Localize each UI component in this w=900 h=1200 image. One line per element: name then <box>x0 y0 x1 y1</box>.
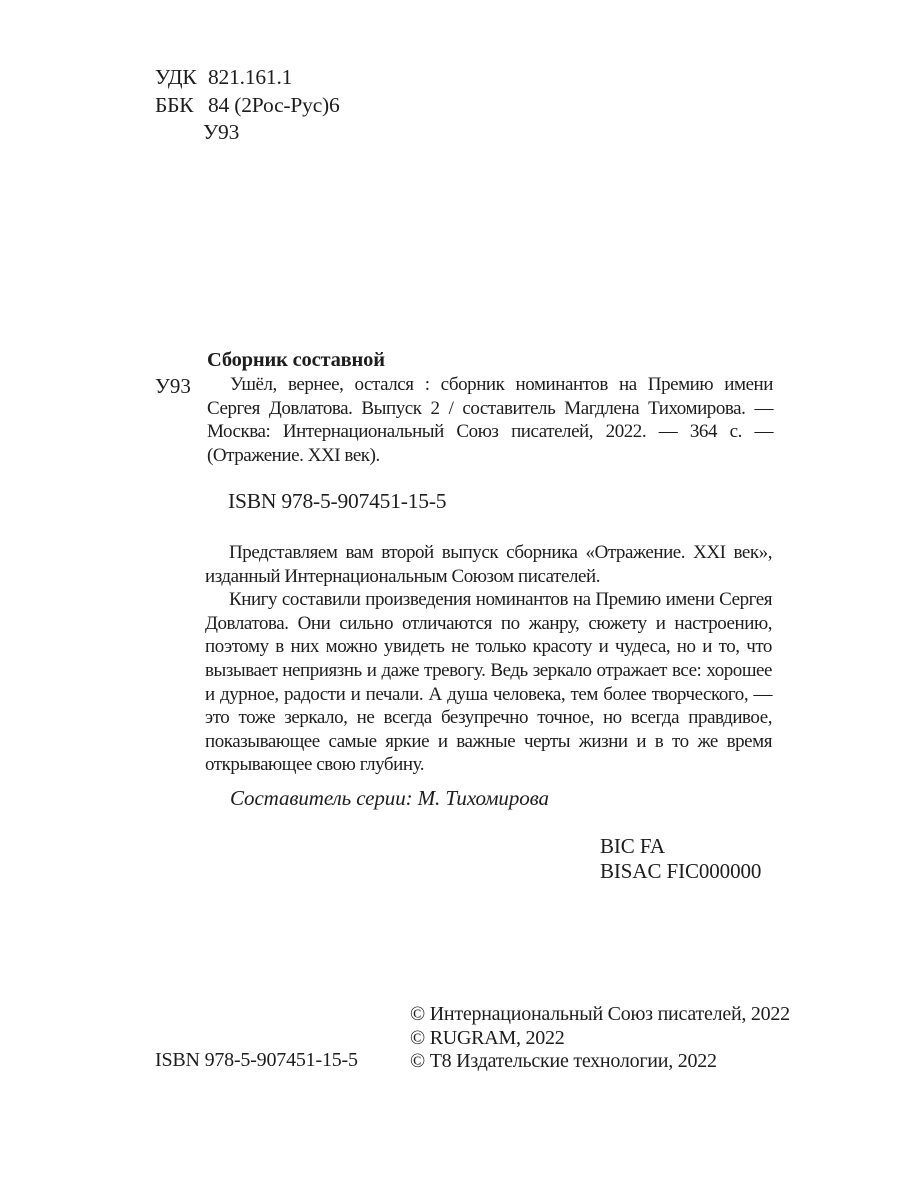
bbk-label: ББК <box>155 92 208 120</box>
bisac-code-line: BISAC FIC000000 <box>600 859 761 884</box>
catalog-card: Сборник составной У93 Ушёл, вернее, оста… <box>155 348 773 468</box>
imprint-isbn-line: ISBN 978-5-907451-15-5 <box>155 1049 358 1072</box>
bbk-value: 84 (2Рос-Рус)6 <box>208 93 340 117</box>
copyright-line-publisher: © Интернациональный Союз писателей, 2022 <box>410 1003 790 1027</box>
subject-codes-block: BIC FA BISAC FIC000000 <box>600 834 761 884</box>
isbn-line: ISBN 978-5-907451-15-5 <box>228 489 446 514</box>
bbk-line: ББК84 (2Рос-Рус)6 <box>155 92 340 120</box>
book-imprint-page: УДК821.161.1 ББК84 (2Рос-Рус)6 У93 Сборн… <box>0 0 900 1200</box>
udk-label: УДК <box>155 64 208 92</box>
annotation-paragraph-1: Представляем вам второй выпуск сборника … <box>205 541 772 588</box>
author-sign: У93 <box>155 120 239 144</box>
udk-line: УДК821.161.1 <box>155 64 340 92</box>
copyright-line-rugram: © RUGRAM, 2022 <box>410 1027 790 1051</box>
udk-value: 821.161.1 <box>208 65 292 89</box>
series-editor-line: Составитель серии: М. Тихомирова <box>230 786 549 811</box>
copyright-line-t8: © Т8 Издательские технологии, 2022 <box>410 1050 790 1074</box>
annotation-block: Представляем вам второй выпуск сборника … <box>205 541 772 777</box>
catalog-author-sign: У93 <box>155 374 191 399</box>
copyright-block: © Интернациональный Союз писателей, 2022… <box>410 1003 790 1074</box>
bic-code-line: BIC FA <box>600 834 761 859</box>
classification-block: УДК821.161.1 ББК84 (2Рос-Рус)6 У93 <box>155 64 340 147</box>
catalog-card-heading: Сборник составной <box>207 348 773 373</box>
annotation-paragraph-2: Книгу составили произведения номинантов … <box>205 588 772 777</box>
author-sign-line: У93 <box>155 119 340 147</box>
catalog-card-body: У93 Ушёл, вернее, остался : сборник номи… <box>155 373 773 468</box>
catalog-entry: Ушёл, вернее, остался : сборник номинант… <box>207 373 773 468</box>
